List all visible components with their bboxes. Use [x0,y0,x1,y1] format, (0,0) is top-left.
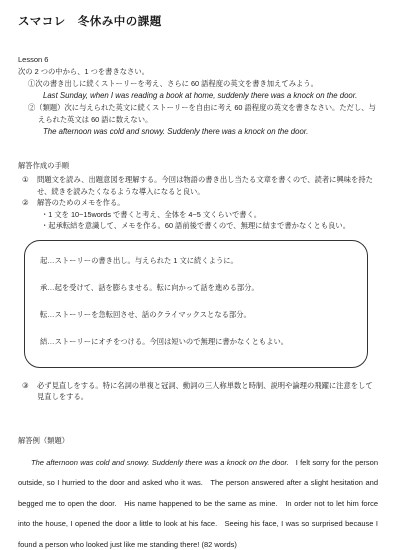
step-1-text: 問題文を読み、出題意図を理解する。今回は物語の書き出し当たる文章を書くので、読者… [37,174,378,197]
answer-example-heading: 解答例（類題） [18,435,378,447]
procedure-step-2-bullets: ・1 文を 10~15words で書くと考え、全体を 4~5 文くらいで書く。… [22,209,378,232]
step-1-number: ① [22,174,37,197]
answer-example-paragraph: The afternoon was cold and snowy. Sudden… [18,453,378,550]
lesson-label: Lesson 6 [18,54,378,66]
procedure-step-2: ② 解答のためのメモを作る。 [22,197,378,209]
step-2-number: ② [22,197,37,209]
bullet-indent [22,209,37,232]
lesson-instruction: 次の 2 つの中から、1 つを書きなさい。 [18,66,378,78]
option2-sample-sentence: The afternoon was cold and snowy. Sudden… [43,125,378,138]
memo-line-ki: 起…ストーリーの書き出し。与えられた 1 文に続くように。 [40,255,353,266]
procedure-step-3: ③ 必ず見直しをする。特に名詞の単複と冠詞、動詞の三人称単数と時制、説明や論理の… [22,380,378,403]
kishotenketsu-memo-box: 起…ストーリーの書き出し。与えられた 1 文に続くように。 承…起を受けて、話を… [24,240,368,368]
step-2-text: 解答のためのメモを作る。 [37,197,378,209]
option1-text: ①次の書き出しに続くストーリーを考え、さらに 60 語程度の英文を書き加えてみよ… [18,78,378,90]
answer-body-text: I felt sorry for the person outside, so … [18,458,380,549]
step-2-bullet-list: ・1 文を 10~15words で書くと考え、全体を 4~5 文くらいで書く。… [41,209,378,232]
procedure-heading: 解答作成の手順 [18,160,378,172]
answer-lead-sentence: The afternoon was cold and snowy. Sudden… [31,458,289,467]
memo-line-ketsu: 結…ストーリーにオチをつける。今回は短いので無理に書かなくともよい。 [40,336,353,347]
procedure-step-1: ① 問題文を読み、出題意図を理解する。今回は物語の書き出し当たる文章を書くので、… [22,174,378,197]
step-2-bullet-2: ・起承転結を意識して、メモを作る。60 語前後で書くので、無理に結まで書かなくと… [41,220,378,232]
memo-line-ten: 転…ストーリーを急転回させ、話のクライマックスとなる部分。 [40,309,353,320]
step-3-number: ③ [22,380,37,403]
page-title: スマコレ 冬休み中の課題 [18,14,378,30]
step-2-bullet-1: ・1 文を 10~15words で書くと考え、全体を 4~5 文くらいで書く。 [41,209,378,221]
worksheet-page: スマコレ 冬休み中の課題 Lesson 6 次の 2 つの中から、1 つを書きな… [0,0,394,550]
spacer [18,138,378,160]
step-3-text: 必ず見直しをする。特に名詞の単複と冠詞、動詞の三人称単数と時制、説明や論理の飛躍… [37,380,378,403]
option2-text: ②（類題）次に与えられた英文に続くストーリーを自由に考え 60 語程度の英文を書… [18,102,378,125]
option1-sample-sentence: Last Sunday, when I was reading a book a… [43,89,378,102]
memo-line-sho: 承…起を受けて、話を膨らませる。転に向かって話を進める部分。 [40,282,353,293]
